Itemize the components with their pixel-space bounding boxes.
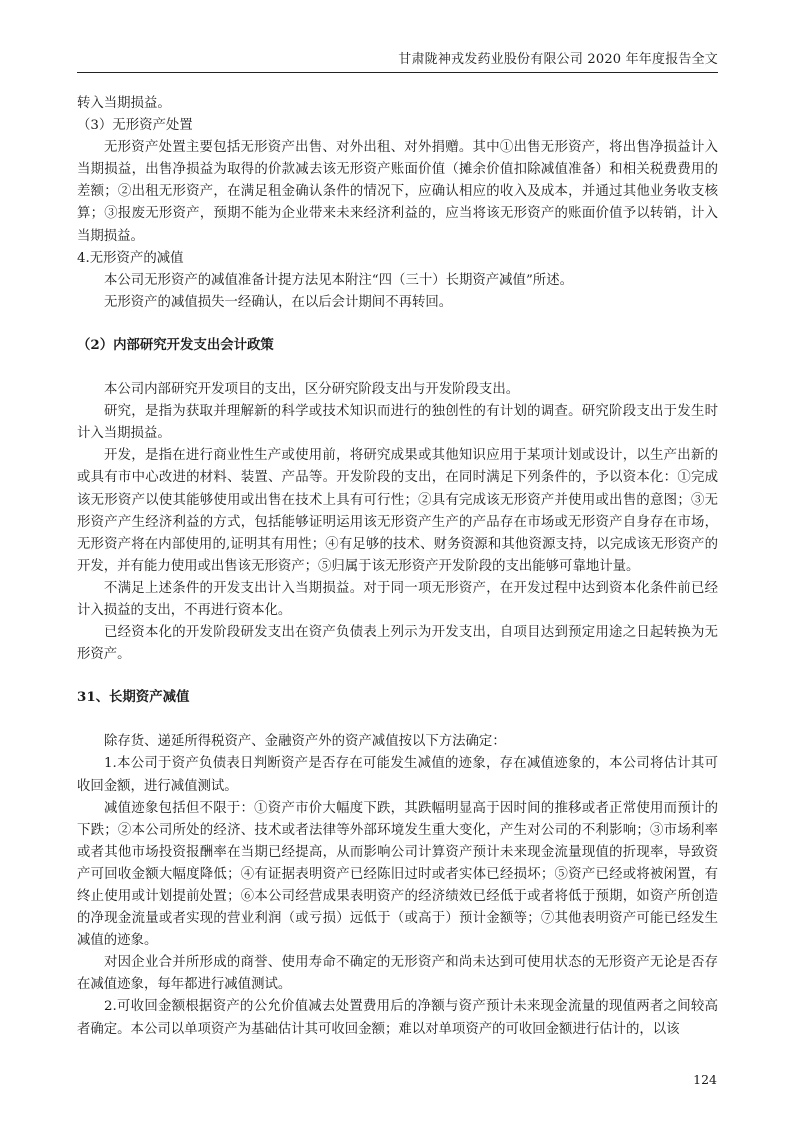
subheading-intangible-impairment: 4.无形资产的减值 xyxy=(77,248,718,270)
section-heading-long-term-asset-impairment: 31、长期资产减值 xyxy=(77,686,718,708)
paragraph: 1.本公司于资产负债表日判断资产是否存在可能发生减值的迹象，存在减值迹象的，本公… xyxy=(77,753,718,797)
subheading-intangible-disposal: （3）无形资产处置 xyxy=(77,115,718,137)
paragraph: 本公司内部研究开发项目的支出，区分研究阶段支出与开发阶段支出。 xyxy=(77,379,718,401)
paragraph: 研究，是指为获取并理解新的科学或技术知识而进行的独创性的有计划的调查。研究阶段支… xyxy=(77,401,718,445)
paragraph: 除存货、递延所得税资产、金融资产外的资产减值按以下方法确定： xyxy=(77,731,718,753)
paragraph: 已经资本化的开发阶段研发支出在资产负债表上列示为开发支出，自项目达到预定用途之日… xyxy=(77,622,718,666)
paragraph: 减值迹象包括但不限于：①资产市价大幅度下跌，其跌幅明显高于因时间的推移或者正常使… xyxy=(77,798,718,953)
paragraph: 2.可收回金额根据资产的公允价值减去处置费用后的净额与资产预计未来现金流量的现值… xyxy=(77,996,718,1040)
page-header: 甘肃陇神戎发药业股份有限公司 2020 年年度报告全文 xyxy=(77,50,718,73)
paragraph: 无形资产的减值损失一经确认，在以后会计期间不再转回。 xyxy=(77,292,718,314)
section-heading-rd-policy: （2）内部研究开发支出会计政策 xyxy=(77,334,718,356)
page-body: 转入当期损益。 （3）无形资产处置 无形资产处置主要包括无形资产出售、对外出租、… xyxy=(77,93,718,1041)
paragraph: 转入当期损益。 xyxy=(77,93,718,115)
paragraph: 对因企业合并所形成的商誉、使用寿命不确定的无形资产和尚未达到可使用状态的无形资产… xyxy=(77,952,718,996)
header-title: 甘肃陇神戎发药业股份有限公司 2020 年年度报告全文 xyxy=(398,52,718,67)
paragraph: 开发，是指在进行商业性生产或使用前，将研究成果或其他知识应用于某项计划或设计，以… xyxy=(77,445,718,578)
paragraph: 本公司无形资产的减值准备计提方法见本附注“四（三十）长期资产减值”所述。 xyxy=(77,270,718,292)
paragraph: 不满足上述条件的开发支出计入当期损益。对于同一项无形资产，在开发过程中达到资本化… xyxy=(77,578,718,622)
paragraph: 无形资产处置主要包括无形资产出售、对外出租、对外捐赠。其中①出售无形资产，将出售… xyxy=(77,137,718,247)
page-number: 124 xyxy=(693,1072,717,1087)
